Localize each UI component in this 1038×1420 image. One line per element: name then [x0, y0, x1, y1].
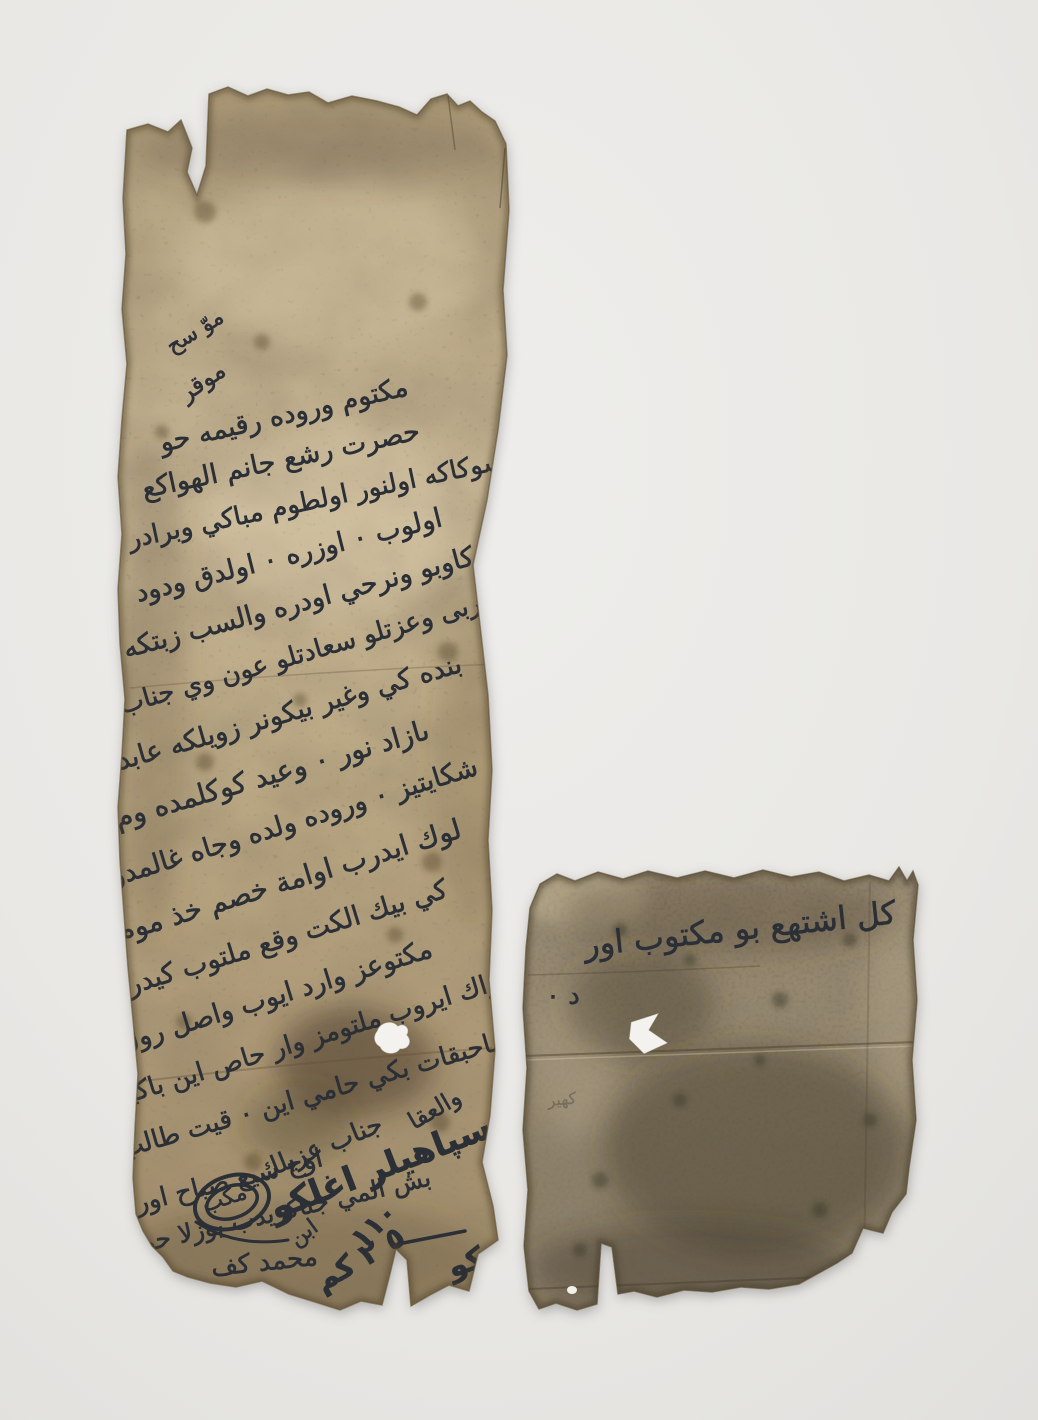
pale-area [180, 175, 480, 345]
script-line: د ٠ [546, 981, 580, 1011]
photo-stage: موّ سح موقر مكتوم وروده رقيمه حو حصرت رش… [0, 0, 1038, 1420]
large-stain [605, 1045, 905, 1255]
torn-paper-left: موّ سح موقر مكتوم وروده رقيمه حو حصرت رش… [105, 80, 520, 1325]
photo-canvas: موّ سح موقر مكتوم وروده رقيمه حو حصرت رش… [0, 0, 1038, 1420]
manuscript-fragment-left: موّ سح موقر مكتوم وروده رقيمه حو حصرت رش… [105, 80, 520, 1325]
faint-scribble: كهير [546, 1089, 578, 1112]
worm-hole-small [567, 1286, 577, 1294]
